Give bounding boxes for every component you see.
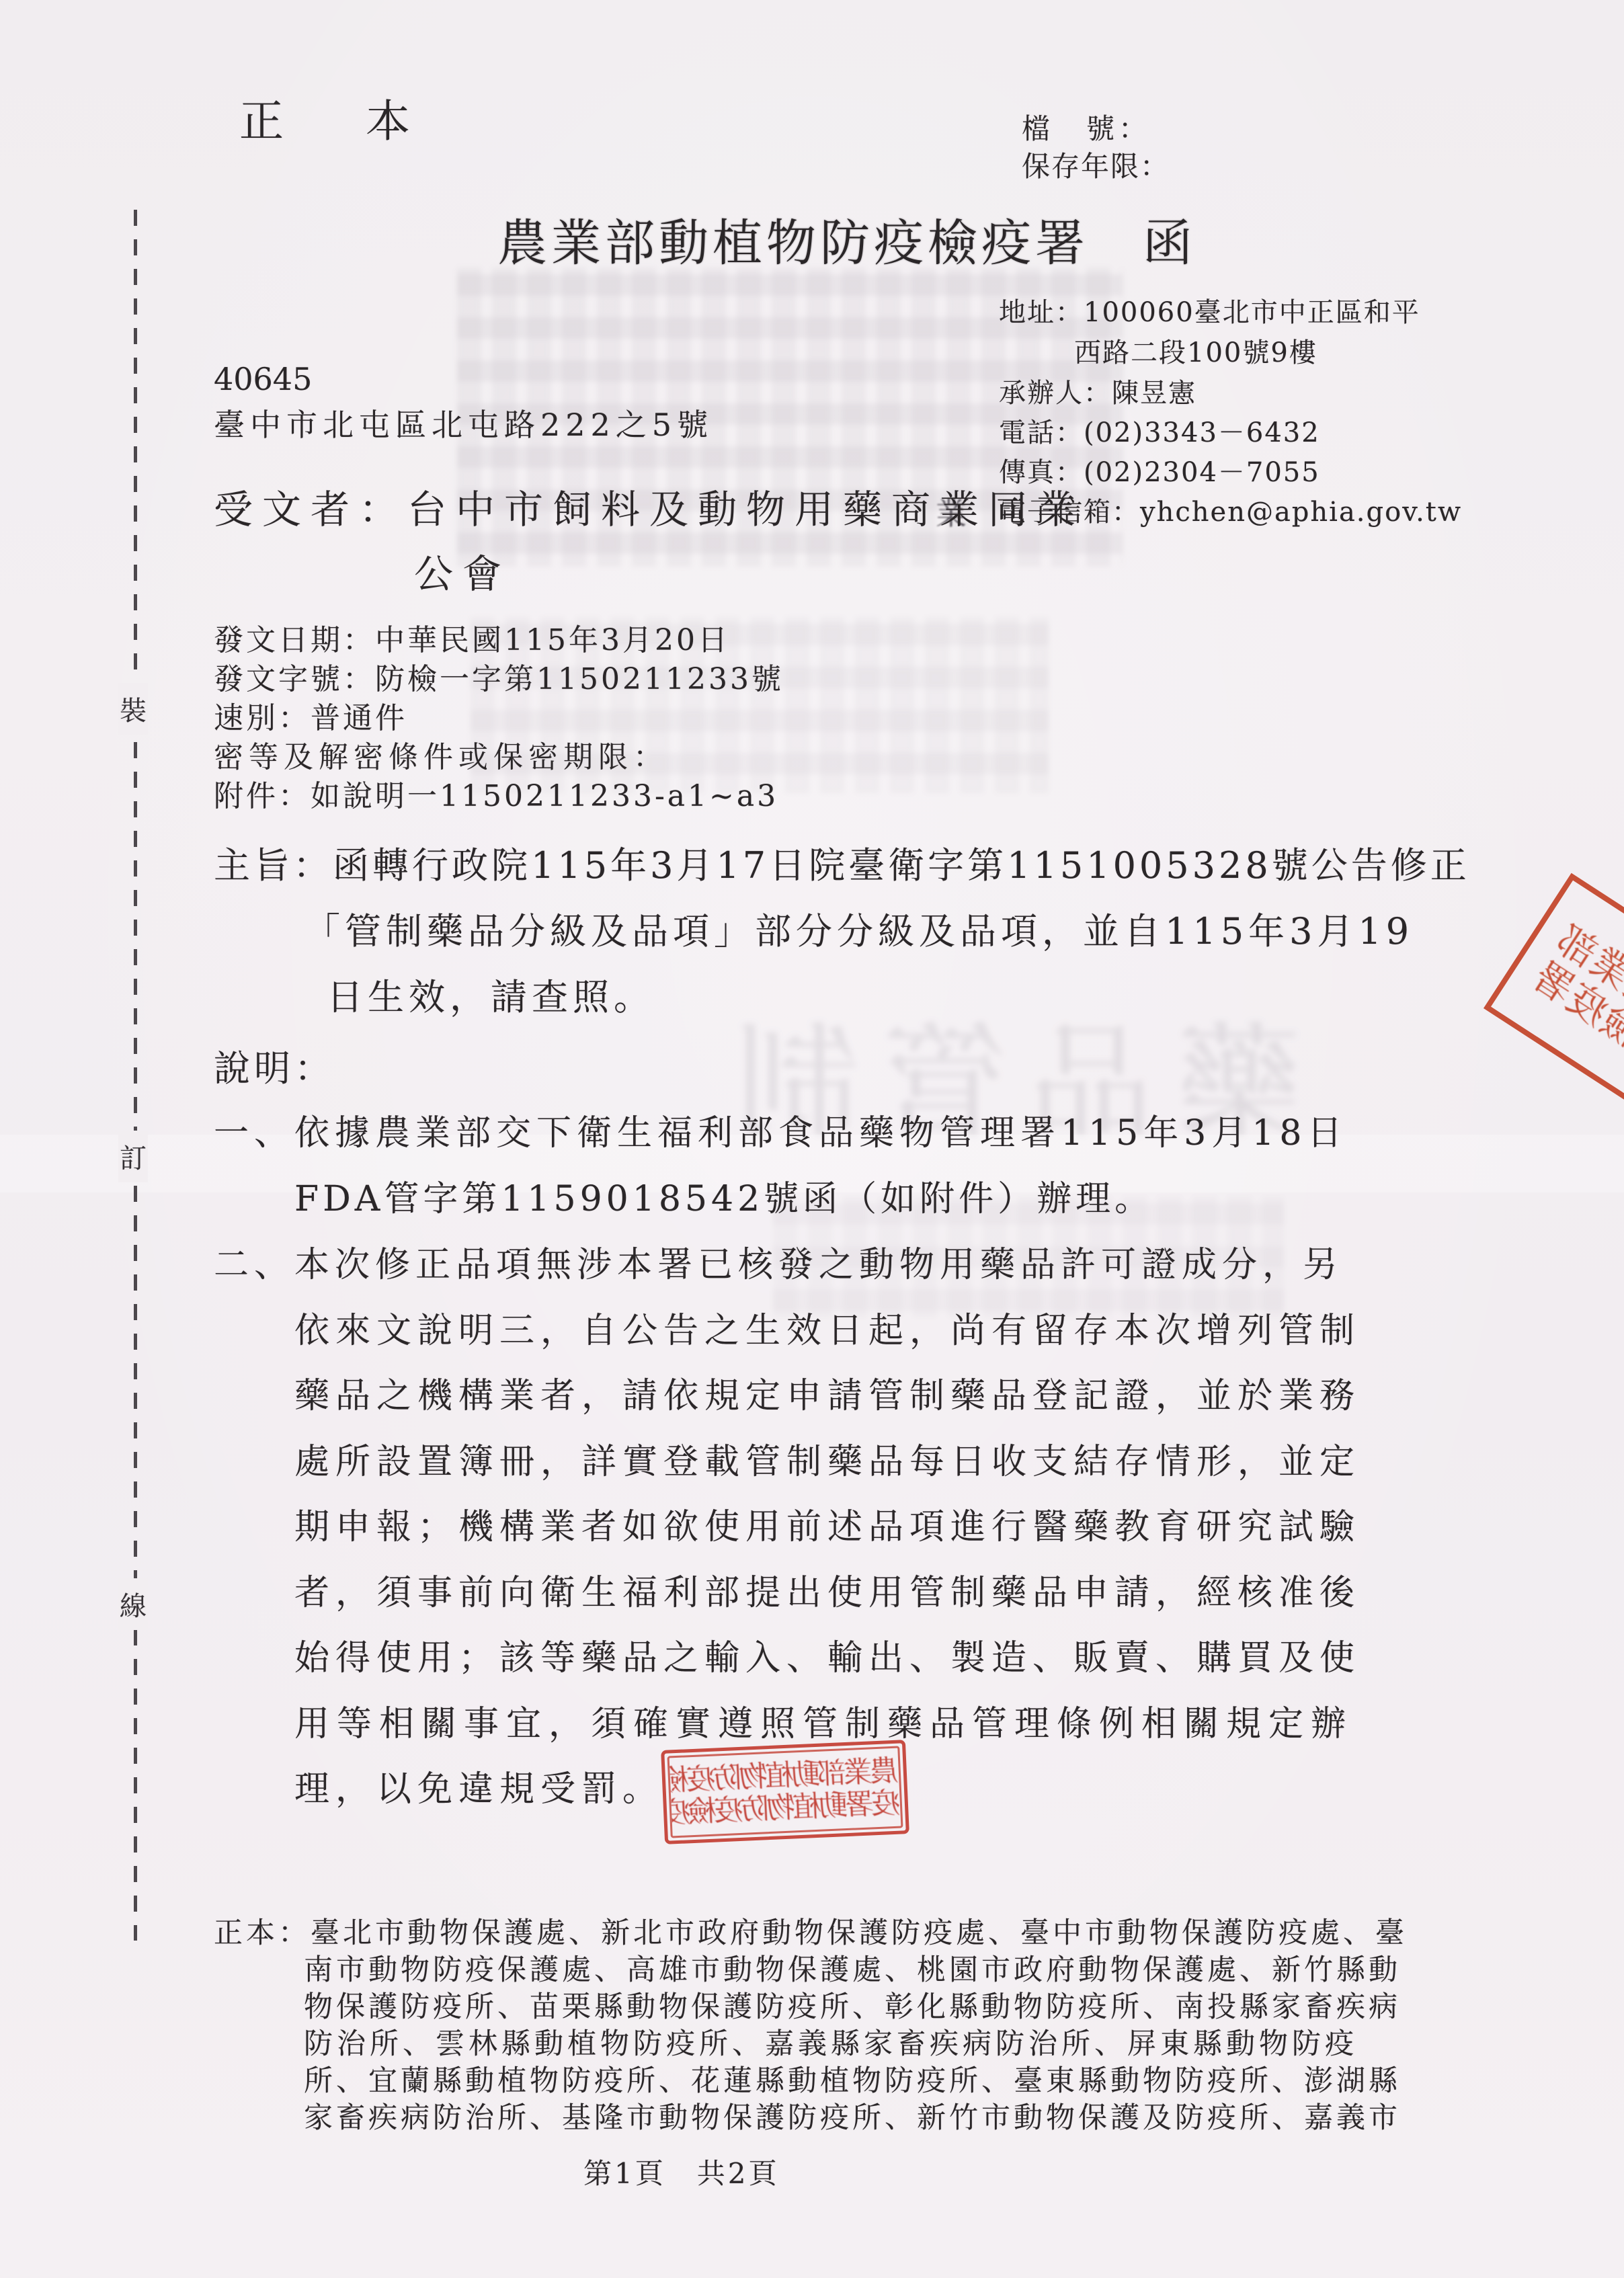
page-number-footer: 第1頁 共2頁 <box>583 2156 779 2192</box>
corner-seal-inner: 農業部 檢疫署 <box>1525 918 1624 1055</box>
copy-type-label: 正 本 <box>239 94 429 150</box>
agency-seal-inner: 農業部動植物防疫檢 疫署動植物防疫檢疫 <box>667 1746 903 1838</box>
explanation-item1-line2: FDA管字第1159018542號函（如附件）辦理。 <box>294 1178 1153 1221</box>
priority-level: 速別：普通件 <box>214 700 407 737</box>
binding-mark-ding: 訂 <box>118 1131 148 1182</box>
explanation-item2-line5: 期申報；機構業者如欲使用前述品項進行醫藥教育研究試驗 <box>294 1506 1361 1549</box>
recipient-zip: 40645 <box>214 360 312 399</box>
distribution-line4: 防治所、雲林縣動植物防疫所、嘉義縣家畜疾病防治所、屏東縣動物防疫 <box>304 2027 1358 2063</box>
binding-dashed-line <box>134 210 137 1941</box>
explanation-item2-line9: 理，以免違規受罰。 <box>294 1768 663 1812</box>
distribution-line1: 正本：臺北市動物保護處、新北市政府動物保護防疫處、臺中市動物保護防疫處、臺 <box>214 1916 1408 1952</box>
document-number: 發文字號：防檢一字第1150211233號 <box>214 661 784 698</box>
distribution-line2: 南市動物防疫保護處、高雄市動物保護處、桃園市政府動物保護處、新竹縣動 <box>304 1953 1401 1989</box>
sender-fax: 傳真：(02)2304－7055 <box>999 456 1320 489</box>
file-number-label: 檔 號： <box>1022 112 1151 147</box>
explanation-item2-line1: 二、本次修正品項無涉本署已核發之動物用藥品許可證成分，另 <box>214 1244 1343 1287</box>
explanation-item2-line4: 處所設置簿冊，詳實登載管制藥品每日收支結存情形，並定 <box>294 1440 1361 1484</box>
bleed-through-corner-seal: 農業部 檢疫署 <box>1484 873 1624 1101</box>
explanation-item2-line6: 者，須事前向衛生福利部提出使用管制藥品申請，經核准後 <box>294 1572 1361 1615</box>
explanation-item1-line1: 一、依據農業部交下衛生福利部食品藥物管理署115年3月18日 <box>214 1112 1348 1155</box>
document-title: 農業部動植物防疫檢疫署 函 <box>497 212 1196 275</box>
retention-period-label: 保存年限： <box>1022 149 1170 185</box>
binding-mark-zhuang: 裝 <box>118 683 148 735</box>
subject-line3: 日生效，請查照。 <box>327 975 655 1020</box>
distribution-line6: 家畜疾病防治所、基隆市動物保護防疫所、新竹市動物保護及防疫所、嘉義市 <box>304 2101 1401 2137</box>
explanation-item2-line7: 始得使用；該等藥品之輸入、輸出、製造、販賣、購買及使 <box>294 1637 1361 1680</box>
sender-phone: 電話：(02)3343－6432 <box>999 416 1320 450</box>
attachment-note: 附件：如說明一1150211233-a1~a3 <box>214 778 778 815</box>
sender-address-line1: 地址：100060臺北市中正區和平 <box>999 296 1420 329</box>
binding-mark-xian: 線 <box>118 1578 148 1630</box>
explanation-item2-line8: 用等相關事宜，須確實遵照管制藥品管理條例相關規定辦 <box>294 1703 1353 1746</box>
subject-line1: 主旨：函轉行政院115年3月17日院臺衛字第1151005328號公告修正 <box>214 843 1470 889</box>
agency-seal-stamp: 農業部動植物防疫檢 疫署動植物防疫檢疫 <box>661 1740 909 1844</box>
subject-line2: 「管制藥品分級及品項」部分分級及品項，並自115年3月19 <box>304 909 1414 954</box>
issue-date: 發文日期：中華民國115年3月20日 <box>214 622 730 659</box>
explanation-heading: 說明： <box>214 1046 335 1092</box>
scanned-official-letter-page: 藥品管制 業 裝 訂 線 正 本 檔 號： 保存年限： 農業部動植物防疫檢疫署 … <box>0 0 1624 2278</box>
recipient-name-line1: 受文者：台中市飼料及動物用藥商業同業 <box>214 485 1085 534</box>
explanation-item2-line2: 依來文說明三，自公告之生效日起，尚有留存本次增列管制 <box>294 1309 1361 1353</box>
recipient-name-line2: 公會 <box>414 550 511 599</box>
security-classification: 密等及解密條件或保密期限： <box>214 739 668 776</box>
recipient-address: 臺中市北屯區北屯路222之5號 <box>214 406 713 445</box>
distribution-line5: 所、宜蘭縣動植物防疫所、花蓮縣動植物防疫所、臺東縣動物防疫所、澎湖縣 <box>304 2064 1401 2100</box>
distribution-line3: 物保護防疫所、苗栗縣動物保護防疫所、彰化縣動物防疫所、南投縣家畜疾病 <box>304 1990 1401 2026</box>
explanation-item2-line3: 藥品之機構業者，請依規定申請管制藥品登記證，並於業務 <box>294 1375 1361 1418</box>
sender-contact-person: 承辦人：陳昱憲 <box>999 376 1196 410</box>
sender-address-line2: 西路二段100號9樓 <box>1074 336 1317 370</box>
